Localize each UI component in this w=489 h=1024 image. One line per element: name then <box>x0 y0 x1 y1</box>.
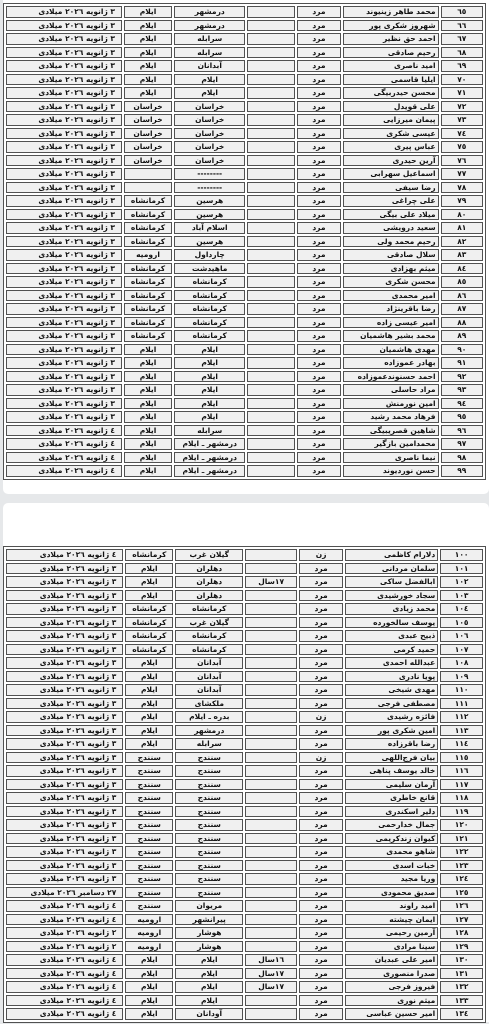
table-row: ١٠٤محمد زیادیمردکرمانشاهکرمانشاه٣ ژانویه… <box>6 603 483 615</box>
gender-cell: مرد <box>297 60 342 72</box>
province-cell: کرمانشاه <box>124 263 172 275</box>
name-cell: فیروز فرجی <box>345 981 438 993</box>
table-row: ١١٦خالد یوسف پناهیمردسنندجسنندج٣ ژانویه … <box>6 765 483 777</box>
name-cell: آرین حیدری <box>343 155 438 167</box>
date-cell: ٣ ژانویه ٢٠٢٦ میلادی <box>6 738 123 750</box>
city-cell: ملکشای <box>175 698 243 710</box>
province-cell: کرمانشاه <box>124 222 172 234</box>
province-cell: ایلام <box>124 33 172 45</box>
table-row: ٩١بهادر عموزادهمردایلامایلام٣ ژانویه ٢٠٢… <box>6 357 483 369</box>
row-number-cell: ٩١ <box>441 357 483 369</box>
date-cell: ٢٧ دسامبر ٢٠٢٦ میلادی <box>6 887 123 899</box>
date-cell: ٣ ژانویه ٢٠٢٦ میلادی <box>6 249 122 261</box>
date-cell: ٣ ژانویه ٢٠٢٦ میلادی <box>6 411 122 423</box>
city-cell: دهلران <box>175 576 243 588</box>
name-cell: احمد حق نظیر <box>343 33 438 45</box>
date-cell: ٤ ژانویه ٢٠٢٦ میلادی <box>6 995 123 1007</box>
row-number-cell: ٧٢ <box>441 101 483 113</box>
city-cell: ماهیدشت <box>174 263 245 275</box>
city-cell: درمشهر <box>175 725 243 737</box>
date-cell: ٤ ژانویه ٢٠٢٦ میلادی <box>6 438 122 450</box>
city-cell: سنندج <box>175 806 243 818</box>
gender-cell: مرد <box>297 195 342 207</box>
province-cell: سنندج <box>125 900 173 912</box>
age-cell <box>245 698 297 710</box>
age-cell <box>245 644 297 656</box>
city-cell: خراسان <box>174 114 245 126</box>
table-row: ٩٦شاهین قصریبیگیمردسرابلهایلام٤ ژانویه ٢… <box>6 425 483 437</box>
city-cell: سرابله <box>174 425 245 437</box>
table-row: ١٠٠دلارام کاظمیزنگیلان غربکرمانشاه٤ ژانو… <box>6 549 483 561</box>
gender-cell: مرد <box>297 114 342 126</box>
date-cell: ٣ ژانویه ٢٠٢٦ میلادی <box>6 576 123 588</box>
city-cell: سنندج <box>175 752 243 764</box>
city-cell: کرمانشاه <box>175 603 243 615</box>
gender-cell: مرد <box>297 398 342 410</box>
date-cell: ٣ ژانویه ٢٠٢٦ میلادی <box>6 398 122 410</box>
gender-cell: مرد <box>299 900 343 912</box>
date-cell: ٣ ژانویه ٢٠٢٦ میلادی <box>6 671 123 683</box>
age-cell <box>247 33 294 45</box>
date-cell: ٣ ژانویه ٢٠٢٦ میلادی <box>6 657 123 669</box>
age-cell <box>245 765 297 777</box>
city-cell: سنندج <box>175 846 243 858</box>
age-cell <box>245 873 297 885</box>
date-cell: ٣ ژانویه ٢٠٢٦ میلادی <box>6 60 122 72</box>
province-cell: ایلام <box>125 563 173 575</box>
table-row: ٧٩علی چراغیمردهرسینکرمانشاه٣ ژانویه ٢٠٢٦… <box>6 195 483 207</box>
table-row: ١٢٨آرمین رحیمیمردهوشارارومیه٢ ژانویه ٢٠٢… <box>6 927 483 939</box>
gender-cell: مرد <box>297 425 342 437</box>
name-cell: عیسی شکری <box>343 128 438 140</box>
row-number-cell: ١١١ <box>440 698 483 710</box>
city-cell: درمشهر ـ ایلام <box>174 452 245 464</box>
age-cell <box>245 900 297 912</box>
table-row: ١٢٠جمال خدارحمیمردسنندجسنندج٣ ژانویه ٢٠٢… <box>6 819 483 831</box>
age-cell <box>245 711 297 723</box>
city-cell: آبدانان <box>174 60 245 72</box>
age-cell <box>245 590 297 602</box>
gender-cell: مرد <box>297 47 342 59</box>
table-row: ١٠٥یوسف سالخوردهمردگیلان غربکرمانشاه٣ ژا… <box>6 617 483 629</box>
document-viewport: { "colors": { "viewer_background": "#e6e… <box>0 0 489 1024</box>
date-cell: ٣ ژانویه ٢٠٢٦ میلادی <box>6 222 122 234</box>
name-cell: ذبیح عبدی <box>345 630 438 642</box>
name-cell: امید ناصری <box>343 60 438 72</box>
province-cell: خراسان <box>124 101 172 113</box>
date-cell: ٣ ژانویه ٢٠٢٦ میلادی <box>6 141 122 153</box>
city-cell: کرمانشاه <box>175 644 243 656</box>
province-cell <box>124 168 172 180</box>
gender-cell: مرد <box>299 806 343 818</box>
province-cell: ایلام <box>124 398 172 410</box>
gender-cell: زن <box>299 549 343 561</box>
age-cell <box>247 168 294 180</box>
province-cell: ایلام <box>124 20 172 32</box>
city-cell: کرمانشاه <box>174 276 245 288</box>
city-cell: ایلام <box>174 87 245 99</box>
name-cell: پیمان میرزایی <box>343 114 438 126</box>
province-cell: ایلام <box>124 411 172 423</box>
age-cell <box>247 425 294 437</box>
table-row: ٨١سعید درویشیمرداسلام آبادکرمانشاه٣ ژانو… <box>6 222 483 234</box>
province-cell: ایلام <box>124 6 172 18</box>
city-cell: -------- <box>174 182 245 194</box>
gender-cell: مرد <box>299 792 343 804</box>
row-number-cell: ١٣٤ <box>440 1008 483 1020</box>
province-cell: ایلام <box>124 425 172 437</box>
table-row: ٦٩امید ناصریمردآبدانانایلام٣ ژانویه ٢٠٢٦… <box>6 60 483 72</box>
table-row: ٦٥محمد طاهر زینیوندمرددرمشهرایلام٣ ژانوی… <box>6 6 483 18</box>
row-number-cell: ١١٦ <box>440 765 483 777</box>
name-cell: عبدالله احمدی <box>345 657 438 669</box>
province-cell: ایلام <box>124 465 172 477</box>
date-cell: ٤ ژانویه ٢٠٢٦ میلادی <box>6 425 122 437</box>
age-cell: ١٧سال <box>245 981 297 993</box>
age-cell <box>247 182 294 194</box>
age-cell <box>247 141 294 153</box>
row-number-cell: ٨١ <box>441 222 483 234</box>
name-cell: یوسف سالخورده <box>345 617 438 629</box>
age-cell <box>245 549 297 561</box>
date-cell: ٤ ژانویه ٢٠٢٦ میلادی <box>6 549 123 561</box>
name-cell: امیر علی عبدیان <box>345 954 438 966</box>
city-cell: ایلام <box>175 968 243 980</box>
name-cell: میلاد علی بیگی <box>343 209 438 221</box>
gender-cell: مرد <box>297 452 342 464</box>
row-number-cell: ١١٤ <box>440 738 483 750</box>
gender-cell: مرد <box>299 738 343 750</box>
row-number-cell: ١٢٩ <box>440 941 483 953</box>
row-number-cell: ١٢٨ <box>440 927 483 939</box>
province-cell: ایلام <box>124 357 172 369</box>
age-cell <box>245 819 297 831</box>
gender-cell: مرد <box>297 303 342 315</box>
province-cell: کرمانشاه <box>124 290 172 302</box>
name-cell: سلال صادقی <box>343 249 438 261</box>
age-cell <box>245 941 297 953</box>
table-row: ١١٢فائزه رشیدیزنبدره ـ ایلامایلام٣ ژانوی… <box>6 711 483 723</box>
city-cell: سنندج <box>175 873 243 885</box>
name-cell: امیر عیسی زاده <box>343 317 438 329</box>
row-number-cell: ١٢٧ <box>440 914 483 926</box>
city-cell: سنندج <box>175 779 243 791</box>
date-cell: ٤ ژانویه ٢٠٢٦ میلادی <box>6 914 123 926</box>
city-cell: گیلان غرب <box>175 617 243 629</box>
gender-cell: مرد <box>297 155 342 167</box>
row-number-cell: ١٢٣ <box>440 860 483 872</box>
name-cell: علی قویدل <box>343 101 438 113</box>
province-cell: سنندج <box>125 792 173 804</box>
province-cell: ایلام <box>125 698 173 710</box>
gender-cell: مرد <box>297 87 342 99</box>
row-number-cell: ٨٠ <box>441 209 483 221</box>
province-cell: سنندج <box>125 833 173 845</box>
name-cell: بهادر عموزاده <box>343 357 438 369</box>
row-number-cell: ٧٩ <box>441 195 483 207</box>
age-cell <box>247 6 294 18</box>
age-cell <box>245 725 297 737</box>
date-cell: ٤ ژانویه ٢٠٢٦ میلادی <box>6 981 123 993</box>
date-cell: ٣ ژانویه ٢٠٢٦ میلادی <box>6 182 122 194</box>
city-cell: سنندج <box>175 833 243 845</box>
row-number-cell: ١٣٣ <box>440 995 483 1007</box>
gender-cell: مرد <box>297 20 342 32</box>
date-cell: ٣ ژانویه ٢٠٢٦ میلادی <box>6 603 123 615</box>
date-cell: ٣ ژانویه ٢٠٢٦ میلادی <box>6 47 122 59</box>
gender-cell: مرد <box>299 954 343 966</box>
name-cell: حسن نوردیوند <box>343 465 438 477</box>
date-cell: ٣ ژانویه ٢٠٢٦ میلادی <box>6 303 122 315</box>
table-row: ١٠٨عبدالله احمدیمردآبدانانایلام٣ ژانویه … <box>6 657 483 669</box>
gender-cell: مرد <box>297 182 342 194</box>
table-row: ١٠٢ابالفضل ساکیمرد١٧سالدهلرانایلام٣ ژانو… <box>6 576 483 588</box>
table-row: ٧٤عیسی شکریمردخراسانخراسان٣ ژانویه ٢٠٢٦ … <box>6 128 483 140</box>
date-cell: ٣ ژانویه ٢٠٢٦ میلادی <box>6 873 123 885</box>
table-row: ٨٤میثم بهزادیمردماهیدشتکرمانشاه٣ ژانویه … <box>6 263 483 275</box>
city-cell: هرسین <box>174 209 245 221</box>
date-cell: ٣ ژانویه ٢٠٢٦ میلادی <box>6 317 122 329</box>
name-cell: جمال خدارحمی <box>345 819 438 831</box>
province-cell: سنندج <box>125 765 173 777</box>
date-cell: ٣ ژانویه ٢٠٢٦ میلادی <box>6 168 122 180</box>
row-number-cell: ٨٦ <box>441 290 483 302</box>
row-number-cell: ١٢٢ <box>440 846 483 858</box>
city-cell: درمشهر ـ ایلام <box>174 465 245 477</box>
age-cell <box>245 927 297 939</box>
province-cell: خراسان <box>124 114 172 126</box>
row-number-cell: ٧٣ <box>441 114 483 126</box>
table-row: ٦٨رحیم صادقیمردسرابلهایلام٣ ژانویه ٢٠٢٦ … <box>6 47 483 59</box>
province-cell: ایلام <box>124 344 172 356</box>
name-cell: فائزه رشیدی <box>345 711 438 723</box>
table-row: ١٢٦امید راوندمردمریوانسنندج٤ ژانویه ٢٠٢٦… <box>6 900 483 912</box>
city-cell: ایلام <box>175 954 243 966</box>
table-row: ١١٣امین شکری پورمرددرمشهرایلام٣ ژانویه ٢… <box>6 725 483 737</box>
province-cell: سنندج <box>125 873 173 885</box>
province-cell: کرمانشاه <box>124 330 172 342</box>
gender-cell: مرد <box>299 725 343 737</box>
table-row: ١٢٤وریا مجیدمردسنندجسنندج٣ ژانویه ٢٠٢٦ م… <box>6 873 483 885</box>
province-cell: ایلام <box>125 657 173 669</box>
province-cell: سنندج <box>125 806 173 818</box>
row-number-cell: ٦٦ <box>441 20 483 32</box>
gender-cell: مرد <box>299 887 343 899</box>
age-cell <box>247 411 294 423</box>
city-cell: ایلام <box>175 995 243 1007</box>
row-number-cell: ١١٩ <box>440 806 483 818</box>
province-cell: ایلام <box>125 671 173 683</box>
age-cell <box>247 128 294 140</box>
province-cell: ایلام <box>124 438 172 450</box>
table-row: ١٣١صدرا منصوریمرد١٧سالایلامایلام٤ ژانویه… <box>6 968 483 980</box>
date-cell: ٣ ژانویه ٢٠٢٦ میلادی <box>6 590 123 602</box>
province-cell: خراسان <box>124 128 172 140</box>
city-cell: سنندج <box>175 860 243 872</box>
date-cell: ٣ ژانویه ٢٠٢٦ میلادی <box>6 290 122 302</box>
row-number-cell: ٧٥ <box>441 141 483 153</box>
gender-cell: مرد <box>297 357 342 369</box>
date-cell: ٣ ژانویه ٢٠٢٦ میلادی <box>6 684 123 696</box>
gender-cell: مرد <box>297 222 342 234</box>
province-cell: سنندج <box>125 846 173 858</box>
table-row: ١٣٤امیر حسین عباسیمردآودانانایلام٤ ژانوی… <box>6 1008 483 1020</box>
age-cell <box>247 452 294 464</box>
age-cell <box>247 263 294 275</box>
table-row: ٧٠ایلیا قاسمیمردایلامایلام٣ ژانویه ٢٠٢٦ … <box>6 74 483 86</box>
age-cell <box>245 833 297 845</box>
age-cell <box>245 806 297 818</box>
table-row: ١١٠مهدی شیخیمردآبدانانایلام٣ ژانویه ٢٠٢٦… <box>6 684 483 696</box>
name-cell: محمد زیادی <box>345 603 438 615</box>
row-number-cell: ١٢٠ <box>440 819 483 831</box>
name-cell: رضا سیفی <box>343 182 438 194</box>
name-cell: رحیم صادقی <box>343 47 438 59</box>
table-row: ٧٧اسماعیل سهرابیمرد--------٣ ژانویه ٢٠٢٦… <box>6 168 483 180</box>
city-cell: آبدانان <box>175 657 243 669</box>
province-cell: کرمانشاه <box>124 195 172 207</box>
table-row: ١٢٢شاهو محمدیمردسنندجسنندج٣ ژانویه ٢٠٢٦ … <box>6 846 483 858</box>
date-cell: ٣ ژانویه ٢٠٢٦ میلادی <box>6 779 123 791</box>
age-cell <box>247 249 294 261</box>
city-cell: سرابله <box>174 33 245 45</box>
row-number-cell: ٦٨ <box>441 47 483 59</box>
province-cell: ایلام <box>125 968 173 980</box>
row-number-cell: ٨٢ <box>441 236 483 248</box>
name-cell: شاهین قصریبیگی <box>343 425 438 437</box>
date-cell: ٣ ژانویه ٢٠٢٦ میلادی <box>6 155 122 167</box>
name-cell: میثم بهزادی <box>343 263 438 275</box>
name-cell: ایلیا قاسمی <box>343 74 438 86</box>
row-number-cell: ٩٧ <box>441 438 483 450</box>
table-row: ٨٥محسن شکریمردکرمانشاهکرمانشاه٣ ژانویه ٢… <box>6 276 483 288</box>
row-number-cell: ٨٣ <box>441 249 483 261</box>
gender-cell: مرد <box>299 995 343 1007</box>
table-row: ٨٦امیر محمدیمردکرمانشاهکرمانشاه٣ ژانویه … <box>6 290 483 302</box>
name-cell: محسن حیدربیگی <box>343 87 438 99</box>
name-cell: سعید درویشی <box>343 222 438 234</box>
gender-cell: مرد <box>299 846 343 858</box>
province-cell: خراسان <box>124 155 172 167</box>
name-cell: رضا باقرینژاد <box>343 303 438 315</box>
city-cell: سرابله <box>174 47 245 59</box>
gender-cell: مرد <box>297 74 342 86</box>
date-cell: ٣ ژانویه ٢٠٢٦ میلادی <box>6 128 122 140</box>
age-cell <box>247 398 294 410</box>
name-cell: ایمان چیشته <box>345 914 438 926</box>
age-cell <box>247 357 294 369</box>
date-cell: ٣ ژانویه ٢٠٢٦ میلادی <box>6 209 122 221</box>
city-cell: ایلام <box>174 411 245 423</box>
city-cell: کرمانشاه <box>174 290 245 302</box>
gender-cell: مرد <box>299 657 343 669</box>
name-cell: رضا باقرزاده <box>345 738 438 750</box>
gender-cell: زن <box>299 711 343 723</box>
row-number-cell: ٨٤ <box>441 263 483 275</box>
date-cell: ٣ ژانویه ٢٠٢٦ میلادی <box>6 357 122 369</box>
city-cell: خراسان <box>174 141 245 153</box>
table-row: ٧١محسن حیدربیگیمردایلامایلام٣ ژانویه ٢٠٢… <box>6 87 483 99</box>
age-cell <box>247 155 294 167</box>
province-cell: ایلام <box>125 954 173 966</box>
date-cell: ٤ ژانویه ٢٠٢٦ میلادی <box>6 968 123 980</box>
age-cell <box>247 276 294 288</box>
age-cell <box>245 671 297 683</box>
gender-cell: مرد <box>297 6 342 18</box>
row-number-cell: ٧٨ <box>441 182 483 194</box>
row-number-cell: ٦٥ <box>441 6 483 18</box>
province-cell: ایلام <box>124 371 172 383</box>
row-number-cell: ٩٠ <box>441 344 483 356</box>
table-row: ٧٨رضا سیفیمرد--------٣ ژانویه ٢٠٢٦ میلاد… <box>6 182 483 194</box>
city-cell: کرمانشاه <box>174 317 245 329</box>
city-cell: ایلام <box>174 344 245 356</box>
province-cell: کرمانشاه <box>125 630 173 642</box>
city-cell: خراسان <box>174 101 245 113</box>
age-cell <box>247 290 294 302</box>
table-row: ١٣٣میثم نوریمردایلامایلام٤ ژانویه ٢٠٢٦ م… <box>6 995 483 1007</box>
province-cell: خراسان <box>124 141 172 153</box>
name-cell: حمید کرمی <box>345 644 438 656</box>
age-cell <box>245 657 297 669</box>
province-cell: سنندج <box>125 779 173 791</box>
gender-cell: مرد <box>297 168 342 180</box>
city-cell: هوشار <box>175 927 243 939</box>
table-row: ١٢٣خبات اسدیمردسنندجسنندج٣ ژانویه ٢٠٢٦ م… <box>6 860 483 872</box>
table-row: ٧٢علی قویدلمردخراسانخراسان٣ ژانویه ٢٠٢٦ … <box>6 101 483 113</box>
age-cell <box>245 752 297 764</box>
row-number-cell: ٩٩ <box>441 465 483 477</box>
city-cell: ایلام <box>174 357 245 369</box>
row-number-cell: ١٠٩ <box>440 671 483 683</box>
age-cell <box>247 438 294 450</box>
city-cell: ایلام <box>174 371 245 383</box>
name-cell: نیما ناصری <box>343 452 438 464</box>
province-cell <box>124 182 172 194</box>
date-cell: ٣ ژانویه ٢٠٢٦ میلادی <box>6 236 122 248</box>
row-number-cell: ١١٥ <box>440 752 483 764</box>
table-row: ٧٥عباس پیریمردخراسانخراسان٣ ژانویه ٢٠٢٦ … <box>6 141 483 153</box>
row-number-cell: ٧٤ <box>441 128 483 140</box>
gender-cell: مرد <box>299 819 343 831</box>
city-cell: آودانان <box>175 1008 243 1020</box>
city-cell: آبدانان <box>175 684 243 696</box>
table-row: ١١٩دلیر اسکندریمردسنندجسنندج٣ ژانویه ٢٠٢… <box>6 806 483 818</box>
age-cell: ١٧سال <box>245 576 297 588</box>
gender-cell: مرد <box>299 981 343 993</box>
city-cell: دهلران <box>175 590 243 602</box>
gender-cell: مرد <box>299 671 343 683</box>
city-cell: سنندج <box>175 819 243 831</box>
name-cell: محمد طاهر زینیوند <box>343 6 438 18</box>
date-cell: ٣ ژانویه ٢٠٢٦ میلادی <box>6 276 122 288</box>
age-cell <box>247 20 294 32</box>
table-row: ٩٣مراد حاسلیمردایلامایلام٣ ژانویه ٢٠٢٦ م… <box>6 384 483 396</box>
table-row: ٨٣سلال صادقیمردچارداولارومیه٣ ژانویه ٢٠٢… <box>6 249 483 261</box>
table-row: ١٢٩سینا مرادیمردهوشارارومیه٢ ژانویه ٢٠٢٦… <box>6 941 483 953</box>
row-number-cell: ٩٦ <box>441 425 483 437</box>
province-cell: سنندج <box>125 819 173 831</box>
row-number-cell: ٨٩ <box>441 330 483 342</box>
gender-cell: زن <box>299 752 343 764</box>
city-cell: آبدانان <box>175 671 243 683</box>
table-row: ١٢٥صدیق محمودیمردسنندجسنندج٢٧ دسامبر ٢٠٢… <box>6 887 483 899</box>
date-cell: ٣ ژانویه ٢٠٢٦ میلادی <box>6 263 122 275</box>
city-cell: سنندج <box>175 887 243 899</box>
gender-cell: مرد <box>299 563 343 575</box>
age-cell <box>247 114 294 126</box>
city-cell: مریوان <box>175 900 243 912</box>
